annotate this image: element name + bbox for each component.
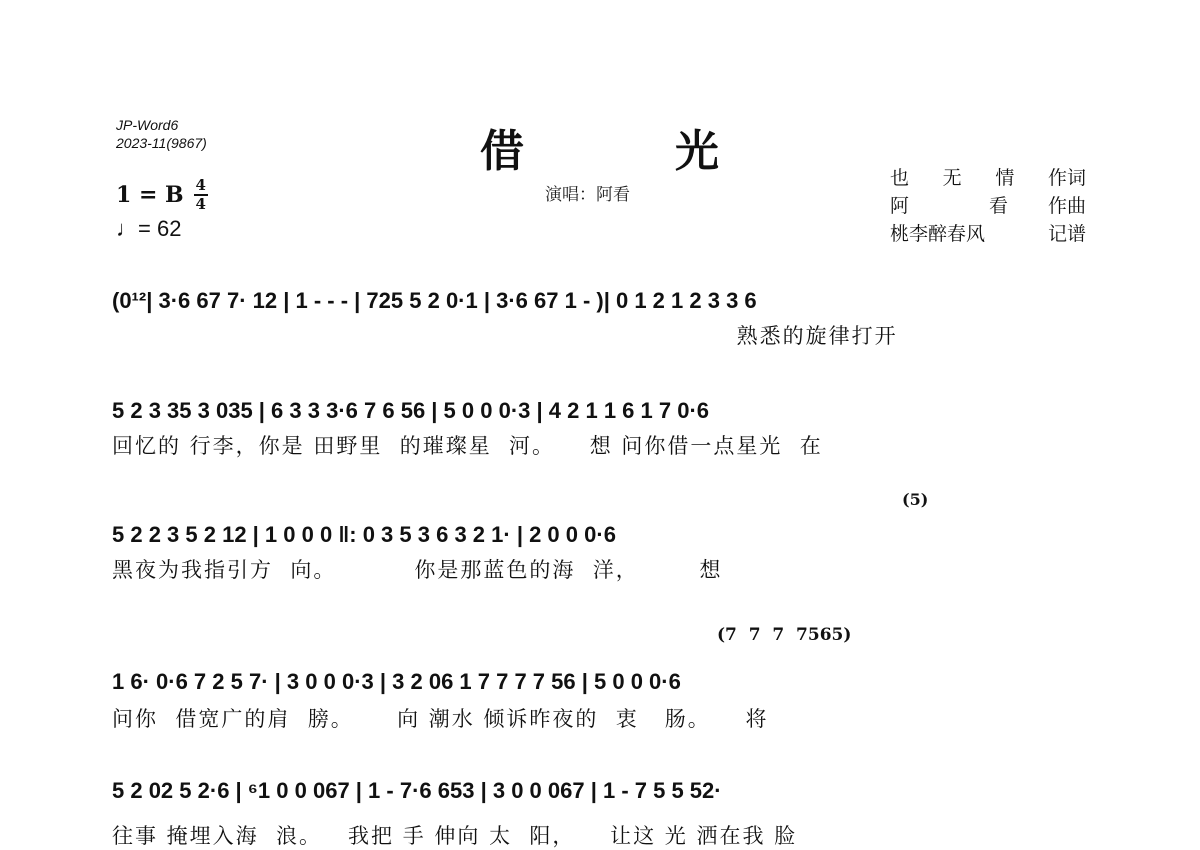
lyrics: 回忆的 行李，你是 田野里 的璀璨星 河。 想 问你借一点星光 在 — [112, 430, 823, 460]
key-signature: 1 = B 4 4 — [116, 178, 208, 212]
tempo-marking: ♩= 62 — [116, 216, 181, 242]
credit-composer: 阿看作曲 — [890, 192, 1086, 220]
credit-transcriber: 桃李醉春风记谱 — [890, 220, 1086, 248]
lyrics: 黑夜为我指引方 向。 你是那蓝色的海 洋， 想 — [112, 554, 723, 584]
key-label: 1 = B — [116, 182, 184, 208]
notation: (0¹²| 3·6 67 7· 12 | 1 - - - | 725 5 2 0… — [112, 278, 757, 314]
title-char-1: 借 — [480, 115, 524, 179]
score-line-5: 5 2 02 5 2·6 | ⁶1 0 0 067 | 1 - 7·6 653 … — [112, 768, 1092, 848]
notation: 5 2 2 3 5 2 12 | 1 0 0 0 ‖: 0 3 5 3 6 3 … — [112, 512, 616, 548]
ossia-notation: (7 7 7 7565) — [717, 625, 851, 645]
score-line-1: (0¹²| 3·6 67 7· 12 | 1 - - - | 725 5 2 0… — [112, 278, 1092, 358]
credit-lyricist: 也无情作词 — [890, 164, 1086, 192]
score-line-3: (5) 5 2 2 3 5 2 12 | 1 0 0 0 ‖: 0 3 5 3 … — [112, 490, 1092, 580]
time-signature: 4 4 — [194, 178, 208, 212]
score-line-2: 5 2 3 35 3 035 | 6 3 3 3·6 7 6 56 | 5 0 … — [112, 388, 1092, 468]
score-line-4: (7 7 7 7565) 1 6· 0·6 7 2 5 7· | 3 0 0 0… — [112, 625, 1092, 735]
lyrics: 往事 掩埋入海 浪。 我把 手 伸向 太 阳， 让这 光 洒在我 脸 — [112, 820, 797, 850]
software-label: JP-Word6 — [116, 117, 178, 134]
singer-label: 演唱：阿看 — [545, 180, 630, 205]
notation: 5 2 3 35 3 035 | 6 3 3 3·6 7 6 56 | 5 0 … — [112, 388, 709, 424]
measure-number: (5) — [902, 490, 928, 509]
version-label: 2023-11(9867) — [116, 135, 207, 152]
credits: 也无情作词 阿看作曲 桃李醉春风记谱 — [890, 164, 1086, 248]
title-char-2: 光 — [675, 115, 719, 179]
lyrics: 熟悉的旋律打开 — [112, 320, 898, 350]
notation: 1 6· 0·6 7 2 5 7· | 3 0 0 0·3 | 3 2 06 1… — [112, 659, 681, 695]
notation: 5 2 02 5 2·6 | ⁶1 0 0 067 | 1 - 7·6 653 … — [112, 768, 722, 804]
lyrics: 问你 借宽广的肩 膀。 向 潮水 倾诉昨夜的 衷 肠。 将 — [112, 703, 769, 733]
